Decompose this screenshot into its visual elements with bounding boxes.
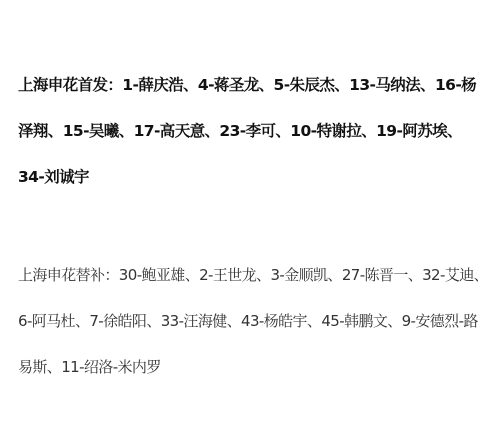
starting-lineup-paragraph: 上海申花首发：1-薛庆浩、4-蒋圣龙、5-朱辰杰、13-马纳法、16-杨泽翔、1… [18,62,488,200]
substitutes-paragraph: 上海申花替补：30-鲍亚雄、2-王世龙、3-金顺凯、27-陈晋一、32-艾迪、6… [18,252,488,390]
